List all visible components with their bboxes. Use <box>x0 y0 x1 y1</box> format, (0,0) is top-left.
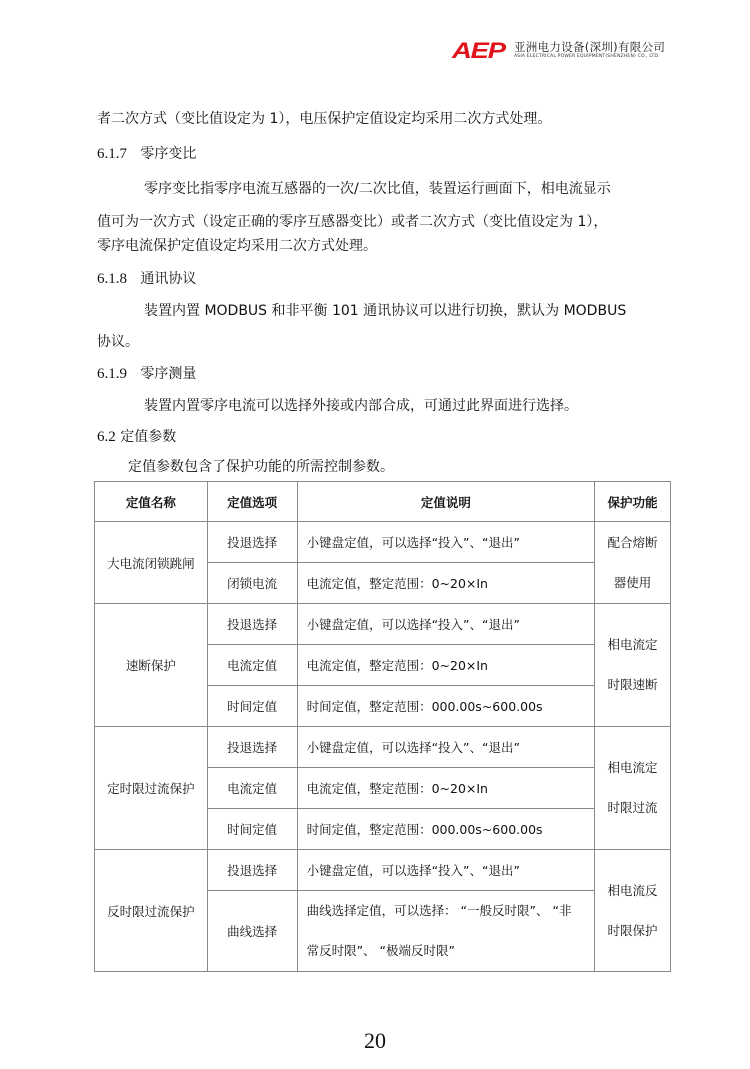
setting-option-cell: 电流定值 <box>207 768 297 809</box>
company-name-block: 亚洲电力设备(深圳)有限公司 ASIA ELECTRICAL POWER EQU… <box>514 40 665 60</box>
section-number: 6.1.8 <box>97 271 127 287</box>
paragraph-line: 零序变比指零序电流互感器的一次/二次比值，装置运行画面下，相电流显示 <box>144 180 611 198</box>
setting-option-cell: 时间定值 <box>207 686 297 727</box>
function-line: 相电流定 <box>595 625 670 665</box>
section-number: 6.1.9 <box>97 366 127 382</box>
setting-option-cell: 投退选择 <box>207 850 297 891</box>
protection-function-cell: 相电流定 时限速断 <box>595 604 671 727</box>
setting-option-cell: 闭锁电流 <box>207 563 297 604</box>
function-line: 时限速断 <box>595 665 670 705</box>
function-line: 相电流定 <box>595 748 670 788</box>
paragraph-line: 协议。 <box>97 333 139 351</box>
table-row: 定时限过流保护 投退选择 小键盘定值，可以选择“投入”、“退出” 相电流定 时限… <box>95 727 671 768</box>
setting-option-cell: 投退选择 <box>207 522 297 563</box>
protection-function-cell: 相电流反 时限保护 <box>595 850 671 972</box>
setting-option-cell: 投退选择 <box>207 604 297 645</box>
paragraph-line: 定值参数包含了保护功能的所需控制参数。 <box>128 458 394 476</box>
protection-function-cell: 相电流定 时限过流 <box>595 727 671 850</box>
desc-line: 曲线选择定值，可以选择： “一般反时限”、 “非 <box>307 891 595 931</box>
section-heading-6-1-8: 6.1.8 通讯协议 <box>97 270 196 288</box>
setting-name-cell: 定时限过流保护 <box>95 727 208 850</box>
function-line: 器使用 <box>595 563 670 603</box>
setting-name-cell: 大电流闭锁跳闸 <box>95 522 208 604</box>
setting-desc-cell: 时间定值，整定范围：000.00s~600.00s <box>297 686 595 727</box>
section-title: 通讯协议 <box>140 271 196 287</box>
paragraph-line: 装置内置 MODBUS 和非平衡 101 通讯协议可以进行切换，默认为 MODB… <box>144 302 626 320</box>
protection-function-cell: 配合熔断 器使用 <box>595 522 671 604</box>
table-row: 速断保护 投退选择 小键盘定值，可以选择“投入”、“退出” 相电流定 时限速断 <box>95 604 671 645</box>
setting-desc-cell: 电流定值，整定范围：0~20×In <box>297 563 595 604</box>
column-header: 定值名称 <box>95 482 208 522</box>
setting-name-cell: 速断保护 <box>95 604 208 727</box>
section-number: 6.1.7 <box>97 146 127 162</box>
function-line: 时限过流 <box>595 788 670 828</box>
company-name-en: ASIA ELECTRICAL POWER EQUIPMENT(SHENZHEN… <box>514 54 665 60</box>
column-header: 定值说明 <box>297 482 595 522</box>
paragraph-line: 装置内置零序电流可以选择外接或内部合成，可通过此界面进行选择。 <box>144 397 578 415</box>
table-row: 大电流闭锁跳闸 投退选择 小键盘定值，可以选择“投入”、“退出” 配合熔断 器使… <box>95 522 671 563</box>
setting-desc-cell: 小键盘定值，可以选择“投入”、“退出” <box>297 850 595 891</box>
setting-name-cell: 反时限过流保护 <box>95 850 208 972</box>
column-header: 定值选项 <box>207 482 297 522</box>
setting-desc-cell: 小键盘定值，可以选择“投入”、“退出” <box>297 727 595 768</box>
setting-desc-cell: 小键盘定值，可以选择“投入”、“退出” <box>297 604 595 645</box>
setting-option-cell: 曲线选择 <box>207 891 297 972</box>
setting-desc-cell: 曲线选择定值，可以选择： “一般反时限”、 “非 常反时限”、 “极端反时限” <box>297 891 595 972</box>
setting-option-cell: 时间定值 <box>207 809 297 850</box>
settings-table: 定值名称 定值选项 定值说明 保护功能 大电流闭锁跳闸 投退选择 小键盘定值，可… <box>94 481 671 972</box>
section-heading-6-2: 6.2 定值参数 <box>97 428 176 446</box>
table-row: 反时限过流保护 投退选择 小键盘定值，可以选择“投入”、“退出” 相电流反 时限… <box>95 850 671 891</box>
setting-option-cell: 电流定值 <box>207 645 297 686</box>
setting-desc-cell: 电流定值，整定范围：0~20×In <box>297 768 595 809</box>
paragraph-line: 值可为一次方式（设定正确的零序互感器变比）或者二次方式（变比值设定为 1）， <box>97 213 607 231</box>
paragraph-line: 零序电流保护定值设定均采用二次方式处理。 <box>97 237 377 255</box>
section-heading-6-1-7: 6.1.7 零序变比 <box>97 145 196 163</box>
company-name-cn: 亚洲电力设备(深圳)有限公司 <box>514 40 665 54</box>
function-line: 配合熔断 <box>595 523 670 563</box>
section-title: 零序测量 <box>140 366 196 382</box>
page-number: 20 <box>0 1028 750 1054</box>
desc-line: 常反时限”、 “极端反时限” <box>307 931 595 971</box>
setting-desc-cell: 小键盘定值，可以选择“投入”、“退出” <box>297 522 595 563</box>
setting-desc-cell: 电流定值，整定范围：0~20×In <box>297 645 595 686</box>
function-line: 相电流反 <box>595 871 670 911</box>
section-number: 6.2 <box>97 429 116 445</box>
section-title: 零序变比 <box>140 146 196 162</box>
setting-desc-cell: 时间定值，整定范围：000.00s~600.00s <box>297 809 595 850</box>
column-header: 保护功能 <box>595 482 671 522</box>
section-title: 定值参数 <box>120 429 176 445</box>
section-heading-6-1-9: 6.1.9 零序测量 <box>97 365 196 383</box>
setting-option-cell: 投退选择 <box>207 727 297 768</box>
company-header: AEP 亚洲电力设备(深圳)有限公司 ASIA ELECTRICAL POWER… <box>452 40 665 66</box>
aep-logo: AEP <box>452 40 522 62</box>
function-line: 时限保护 <box>595 911 670 951</box>
table-header-row: 定值名称 定值选项 定值说明 保护功能 <box>95 482 671 522</box>
paragraph-continuation: 者二次方式（变比值设定为 1），电压保护定值设定均采用二次方式处理。 <box>97 110 551 128</box>
